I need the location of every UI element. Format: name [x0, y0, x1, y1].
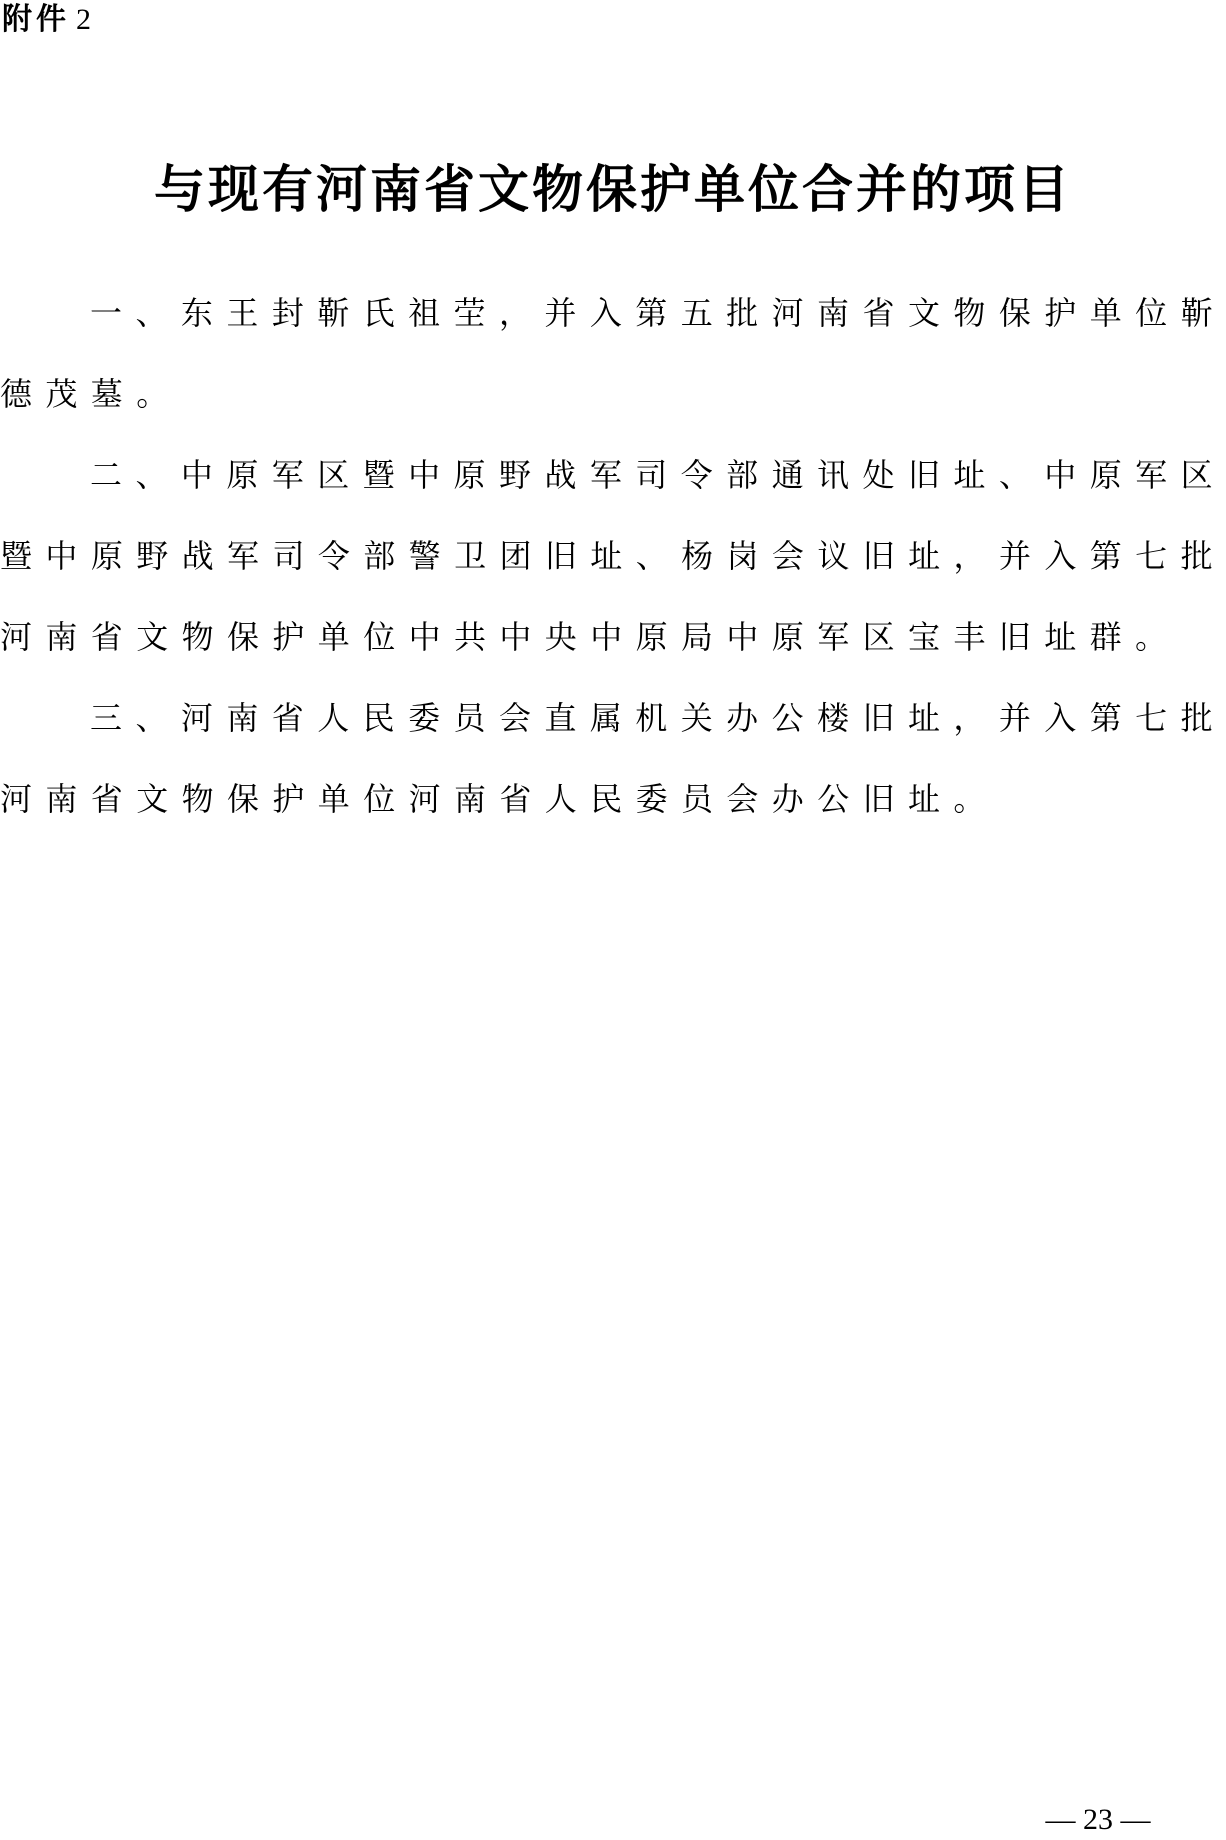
paragraph-item-3: 三、河南省人民委员会直属机关办公楼旧址，并入第七批河南省文物保护单位河南省人民委…	[0, 678, 1226, 840]
paragraph-item-2: 二、中原军区暨中原野战军司令部通讯处旧址、中原军区暨中原野战军司令部警卫团旧址、…	[0, 435, 1226, 678]
document-body: 一、东王封靳氏祖茔，并入第五批河南省文物保护单位靳德茂墓。 二、中原军区暨中原野…	[0, 273, 1226, 840]
attachment-label: 附件2	[2, 0, 95, 40]
paragraph-item-1: 一、东王封靳氏祖茔，并入第五批河南省文物保护单位靳德茂墓。	[0, 273, 1226, 435]
attachment-number: 2	[76, 3, 95, 36]
attachment-label-text: 附件	[2, 2, 70, 37]
page-number: — 23 —	[1010, 1800, 1186, 1840]
document-title: 与现有河南省文物保护单位合并的项目	[0, 158, 1226, 222]
